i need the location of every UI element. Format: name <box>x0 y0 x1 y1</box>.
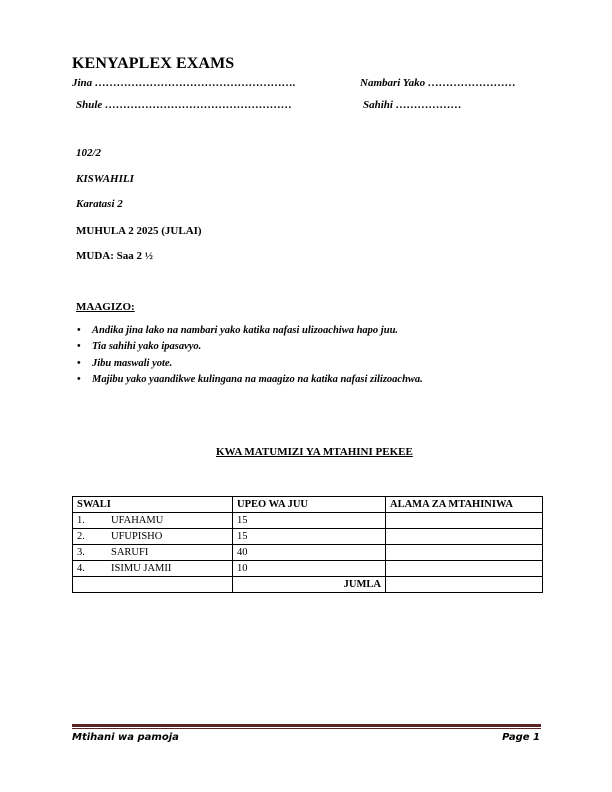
school-field[interactable]: Shule …………………………………………… <box>76 99 292 111</box>
header-swali: SWALI <box>73 497 233 513</box>
score-cell[interactable] <box>386 545 543 561</box>
bullet-icon: • <box>77 372 81 388</box>
marks-table: SWALI UPEO WA JUU ALAMA ZA MTAHINIWA 1.U… <box>72 496 543 593</box>
signature-field[interactable]: Sahihi ……………… <box>363 99 462 111</box>
footer-text: Mtihani wa pamoja <box>72 732 179 743</box>
footer-rule-thin <box>72 728 541 729</box>
table-row: 3.SARUFI 40 <box>73 545 543 561</box>
list-item: •Andika jina lako na nambari yako katika… <box>76 323 423 339</box>
name-field[interactable]: Jina ………………………………………………. <box>72 77 296 89</box>
total-score-cell[interactable] <box>386 577 543 593</box>
instructions-list: •Andika jina lako na nambari yako katika… <box>76 323 423 388</box>
header-upeo: UPEO WA JUU <box>233 497 386 513</box>
bullet-icon: • <box>77 323 81 339</box>
subject: KISWAHILI <box>76 173 134 185</box>
list-item: •Majibu yako yaandikwe kulingana na maag… <box>76 372 423 388</box>
brand-title: KENYAPLEX EXAMS <box>72 55 234 73</box>
table-row: 2.UFUPISHO 15 <box>73 529 543 545</box>
bullet-icon: • <box>77 356 81 372</box>
exam-duration: MUDA: Saa 2 ½ <box>76 250 153 262</box>
bullet-icon: • <box>77 339 81 355</box>
list-item: •Tia sahihi yako ipasavyo. <box>76 339 423 355</box>
score-cell[interactable] <box>386 529 543 545</box>
table-row: 1.UFAHAMU 15 <box>73 513 543 529</box>
page-number: Page 1 <box>502 732 540 743</box>
paper-number: Karatasi 2 <box>76 198 123 210</box>
total-label: JUMLA <box>233 577 386 593</box>
examiner-section-title: KWA MATUMIZI YA MTAHINI PEKEE <box>216 446 413 458</box>
score-cell[interactable] <box>386 513 543 529</box>
index-number-field[interactable]: Nambari Yako …………………… <box>360 77 516 89</box>
score-cell[interactable] <box>386 561 543 577</box>
table-total-row: JUMLA <box>73 577 543 593</box>
footer-rule <box>72 724 541 727</box>
table-header-row: SWALI UPEO WA JUU ALAMA ZA MTAHINIWA <box>73 497 543 513</box>
table-row: 4.ISIMU JAMII 10 <box>73 561 543 577</box>
paper-code: 102/2 <box>76 147 101 159</box>
exam-term: MUHULA 2 2025 (JULAI) <box>76 225 202 237</box>
instructions-heading: MAAGIZO: <box>76 301 135 313</box>
header-alama: ALAMA ZA MTAHINIWA <box>386 497 543 513</box>
list-item: •Jibu maswali yote. <box>76 356 423 372</box>
